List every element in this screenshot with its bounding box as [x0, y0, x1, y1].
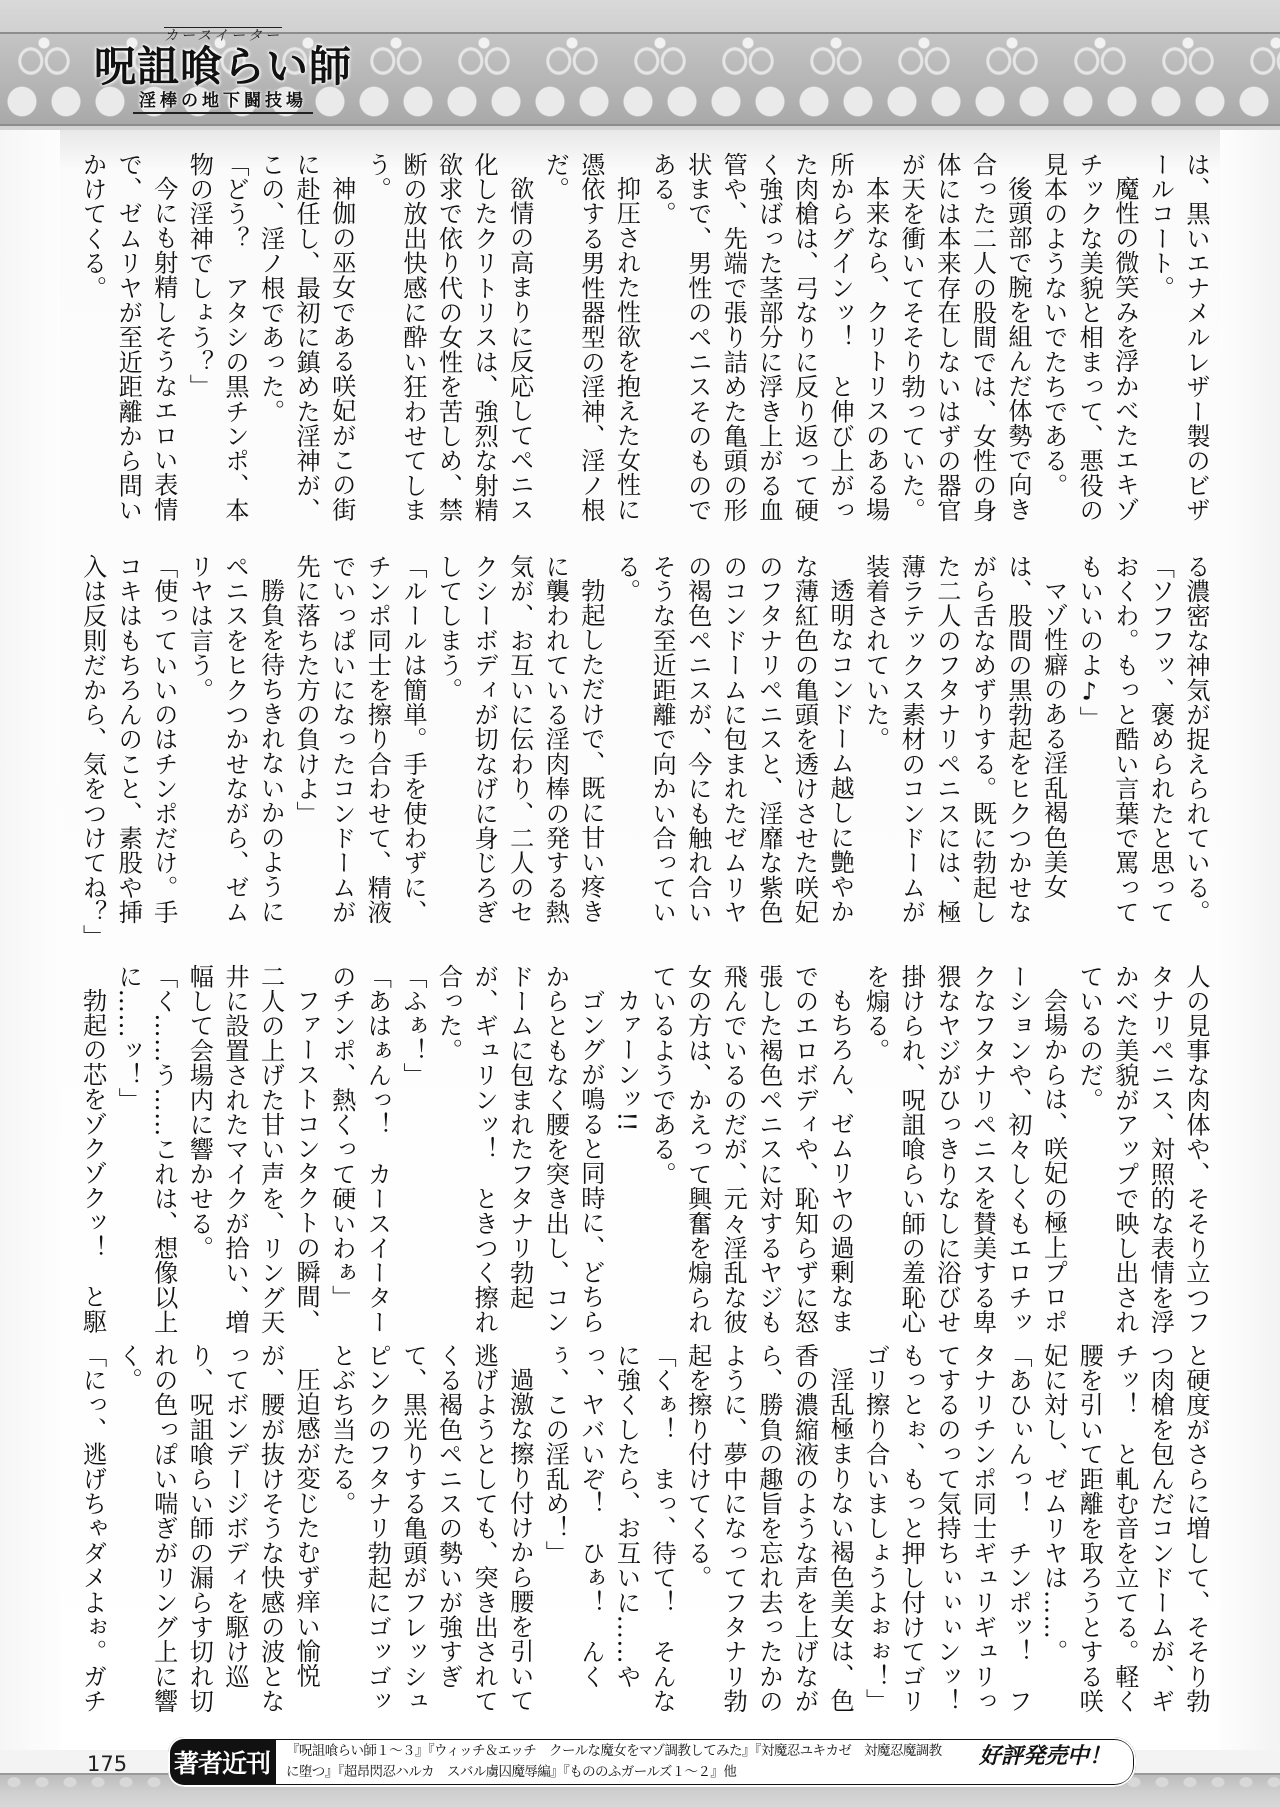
left-margin: [0, 130, 60, 1750]
paragraph: 「あはぁんっ！ カースイーターのチンポ、熱くって硬いわぁ」: [323, 964, 394, 1356]
right-margin: [1220, 130, 1280, 1750]
paragraph: 淫乱極まりない褐色美女は、色香の濃縮液のような声を上げながら、勝負の趣旨を忘れ去…: [679, 1343, 857, 1735]
paragraph: 「使っていいのはチンポだけ。手コキはもちろんのこと、素股や挿入は反則だから、気を…: [78, 554, 181, 946]
paragraph: 今にも射精しそうなエロい表情で、ゼムリヤが至近距離から問いかけてくる。: [78, 152, 181, 544]
paragraph: マゾ性癖のある淫乱褐色美女は、股間の黒勃起をヒクつかせながら舌なめずりする。既に…: [857, 554, 1071, 946]
paragraph: 人の見事な肉体や、そそり立つフタナリペニス、対照的な表情を浮かべた美貌がアップで…: [1071, 964, 1213, 1356]
paragraph: 本来なら、クリトリスのある場所からグインッ！ と伸び上がった肉槍は、弓なりに反り…: [644, 152, 893, 544]
paragraph: 抑圧された性欲を抱えた女性に憑依する男性器型の淫神、淫ノ根だ。: [537, 152, 644, 544]
paragraph: 「くぁ！ まっ、待て！ そんなに強くしたら、お互いに……やっ、ヤバいぞ！ ひぁ！…: [537, 1343, 679, 1735]
paragraph: 「ふぁ！」: [394, 964, 430, 1356]
paragraph: 会場からは、咲妃の極上プロポーションや、初々しくもエロチックなフタナリペニスを賛…: [857, 964, 1071, 1356]
paragraph: 「ソフフッ、褒められたと思っておくわ。もっと酷い言葉で罵ってもいいのよ♪」: [1071, 554, 1178, 946]
promo-body: 『呪詛喰らい師１～３』『ウィッチ＆エッチ クールな魔女をマゾ調教してみた』『対魔…: [276, 1740, 1133, 1784]
promo-label: 著者近刊: [168, 1737, 276, 1787]
paragraph: 「く……う……これは、想像以上に……ッ！」: [110, 964, 181, 1356]
paragraph: 後頭部で腕を組んだ体勢で向き合った二人の股間では、女性の身体には本来存在しないは…: [893, 152, 1035, 544]
paragraph: カァーンッ!!: [608, 964, 644, 1356]
paragraph: と硬度がさらに増して、そそり勃つ肉槍を包んだコンドームが、ギチッ！ と軋む音を立…: [1035, 1343, 1213, 1735]
header-ornament: カースイーター 呪詛喰らい師 淫棒の地下闘技場: [0, 0, 1280, 133]
paragraph: 「あひぃんっ！ チンポッ！ フタナリチンポ同士ギュリギュリってするのって気持ちぃ…: [857, 1343, 1035, 1735]
text-tier-1: は、黒いエナメルレザー製のビザールコート。魔性の微笑みを浮かべたエキゾチックな美…: [78, 152, 1213, 544]
paragraph: 魔性の微笑みを浮かべたエキゾチックな美貌と相まって、悪役の見本のようないでたちで…: [1035, 152, 1142, 544]
paragraph: 欲情の高まりに反応してペニス化したクリトリスは、強烈な射精欲求で依り代の女性を苦…: [359, 152, 537, 544]
paragraph: 「どう？ アタシの黒チンポ、本物の淫神でしょう？」: [181, 152, 252, 544]
paragraph: 圧迫感が変じたむず痒い愉悦が、腰が抜けそうな快感の波となってボンデージボディを駆…: [110, 1343, 324, 1735]
paragraph: ゴングが鳴ると同時に、どちらからともなく腰を突き出し、コンドームに包まれたフタナ…: [430, 964, 608, 1356]
paragraph: 勝負を待ちきれないかのようにペニスをヒクつかせながら、ゼムリヤは言う。: [181, 554, 288, 946]
book-subtitle: 淫棒の地下闘技場: [133, 90, 313, 114]
page-number: 175: [87, 1752, 127, 1776]
text-tier-3: 人の見事な肉体や、そそり立つフタナリペニス、対照的な表情を浮かべた美貌がアップで…: [78, 964, 1213, 1356]
promo-call-to-action: 好評発売中！: [979, 1746, 1111, 1767]
paragraph: は、黒いエナメルレザー製のビザールコート。: [1142, 152, 1213, 544]
paragraph: 「にっ、逃げちゃダメよぉ。ガチンコ勝負なんだから、ガチでチンポゴリゴリってしまし…: [78, 1343, 110, 1735]
paragraph: る濃密な神気が捉えられている。: [1177, 554, 1213, 946]
paragraph: もちろん、ゼムリヤの過剰なまでのエロボディや、恥知らずに怒張した褐色ペニスに対す…: [644, 964, 858, 1356]
text-tier-2: る濃密な神気が捉えられている。「ソフフッ、褒められたと思っておくわ。もっと酷い言…: [78, 554, 1213, 946]
running-title: カースイーター 呪詛喰らい師 淫棒の地下闘技場: [78, 28, 368, 124]
paragraph: 「ルールは簡単。手を使わずに、チンポ同士を擦り合わせて、精液でいっぱいになったコ…: [288, 554, 430, 946]
paragraph: 過激な擦り付けから腰を引いて逃げようとしても、突き出されてくる褐色ペニスの勢いが…: [323, 1343, 537, 1735]
text-tier-4: と硬度がさらに増して、そそり勃つ肉槍を包んだコンドームが、ギチッ！ と軋む音を立…: [78, 1343, 1213, 1735]
book-title: 呪詛喰らい師: [78, 44, 368, 90]
paragraph: 勃起の芯をゾクゾクッ！ と駆け抜けた喜悦の電流に美貌を歪め、咲妃は呻く。押し付け…: [78, 964, 110, 1356]
paragraph: 透明なコンドーム越しに艶やかな薄紅色の亀頭を透けさせた咲妃のフタナリペニスと、淫…: [608, 554, 857, 946]
paragraph: 勃起しただけで、既に甘い疼きに襲われている淫肉棒の発する熱気が、お互いに伝わり、…: [430, 554, 608, 946]
paragraph: 神伽の巫女である咲妃がこの街に赴任し、最初に鎮めた淫神が、この、淫ノ根であった。: [252, 152, 359, 544]
paragraph: ファーストコンタクトの瞬間、二人の上げた甘い声を、リング天井に設置されたマイクが…: [181, 964, 323, 1356]
author-promo-banner: 著者近刊 『呪詛喰らい師１～３』『ウィッチ＆エッチ クールな魔女をマゾ調教してみ…: [168, 1737, 1136, 1787]
